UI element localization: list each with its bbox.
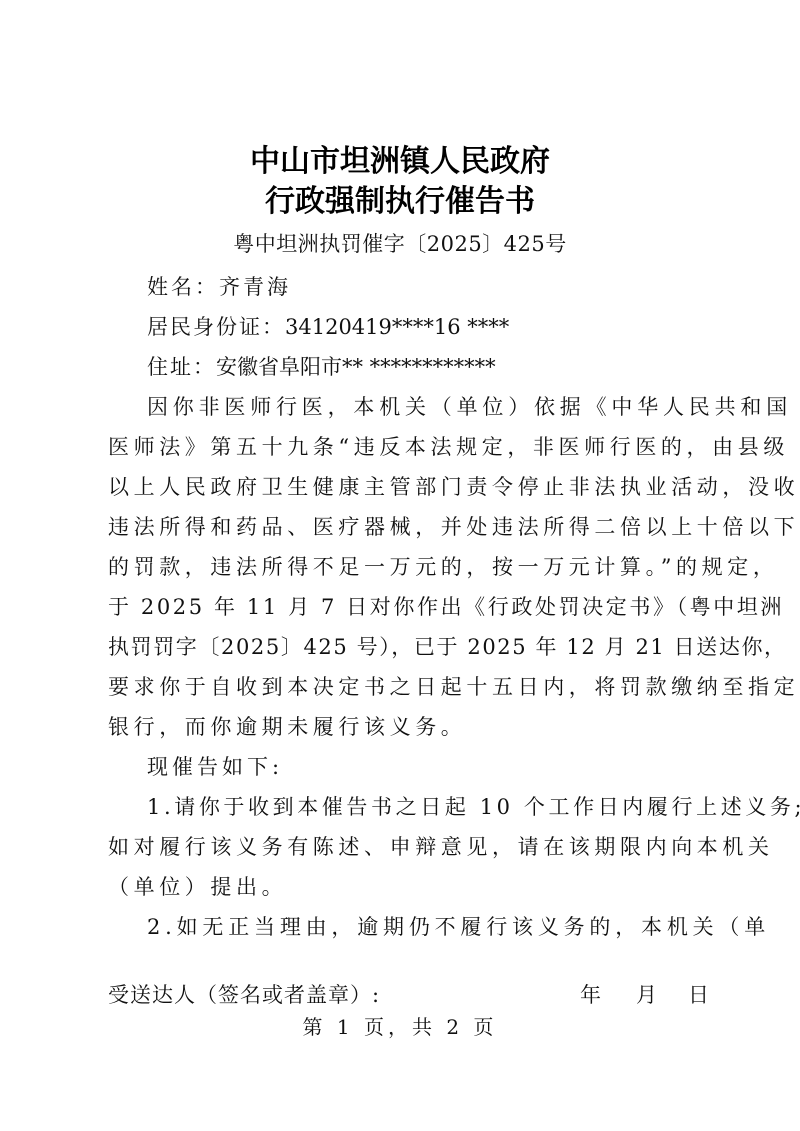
recipient-name-row: 姓名：齐青海 [147, 272, 747, 302]
recipient-address-row: 住址：安徽省阜阳市** ************ [147, 352, 747, 382]
id-label: 居民身份证： [147, 315, 285, 339]
body-paragraph-line: 的罚款，违法所得不足一万元的，按一万元计算。”的规定， [108, 552, 708, 582]
body-paragraph-line: 因你非医师行医，本机关（单位）依据《中华人民共和国 [147, 392, 747, 422]
address-label: 住址： [147, 355, 216, 379]
body-paragraph-line: 于 2025 年 11 月 7 日对你作出《行政处罚决定书》（粤中坦洲 [108, 592, 708, 622]
notice-item-2: 2.如无正当理由，逾期仍不履行该义务的，本机关（单 [147, 912, 747, 942]
document-page: 中山市坦洲镇人民政府 行政强制执行催告书 粤中坦洲执罚催字〔2025〕425号 … [0, 0, 800, 1131]
body-paragraph-line: 执罚罚字〔2025〕425 号），已于 2025 年 12 月 21 日送达你， [108, 632, 708, 662]
name-label: 姓名： [147, 275, 219, 299]
address-value: 安徽省阜阳市** ************ [216, 355, 496, 379]
date-year-label: 年 [580, 980, 601, 1010]
notice-heading: 现催告如下: [147, 752, 747, 782]
name-value: 齐青海 [219, 275, 291, 299]
notice-item-1: 1.请你于收到本催告书之日起 10 个工作日内履行上述义务; [147, 792, 747, 822]
recipient-id-row: 居民身份证：34120419****16 **** [147, 312, 747, 342]
body-paragraph-line: 要求你于自收到本决定书之日起十五日内，将罚款缴纳至指定 [108, 672, 708, 702]
notice-item-1-continued: 如对履行该义务有陈述、申辩意见，请在该期限内向本机关 [108, 832, 708, 862]
issuing-authority-title: 中山市坦洲镇人民政府 [0, 144, 800, 180]
body-paragraph-line: 银行，而你逾期未履行该义务。 [108, 712, 708, 742]
signature-label: 受送达人（签名或者盖章）: [108, 980, 380, 1010]
id-value: 34120419****16 **** [285, 315, 509, 339]
body-paragraph-line: 以上人民政府卫生健康主管部门责令停止非法执业活动，没收 [108, 472, 708, 502]
notice-item-1-continued: （单位）提出。 [108, 872, 708, 902]
body-paragraph-line: 违法所得和药品、医疗器械，并处违法所得二倍以上十倍以下 [108, 512, 708, 542]
document-type-title: 行政强制执行催告书 [0, 184, 800, 220]
body-paragraph-line: 医师法》第五十九条“违反本法规定，非医师行医的，由县级 [108, 432, 708, 462]
page-indicator: 第 1 页，共 2 页 [0, 1012, 800, 1042]
date-day-label: 日 [688, 980, 709, 1010]
document-number: 粤中坦洲执罚催字〔2025〕425号 [0, 229, 800, 259]
date-month-label: 月 [636, 980, 657, 1010]
